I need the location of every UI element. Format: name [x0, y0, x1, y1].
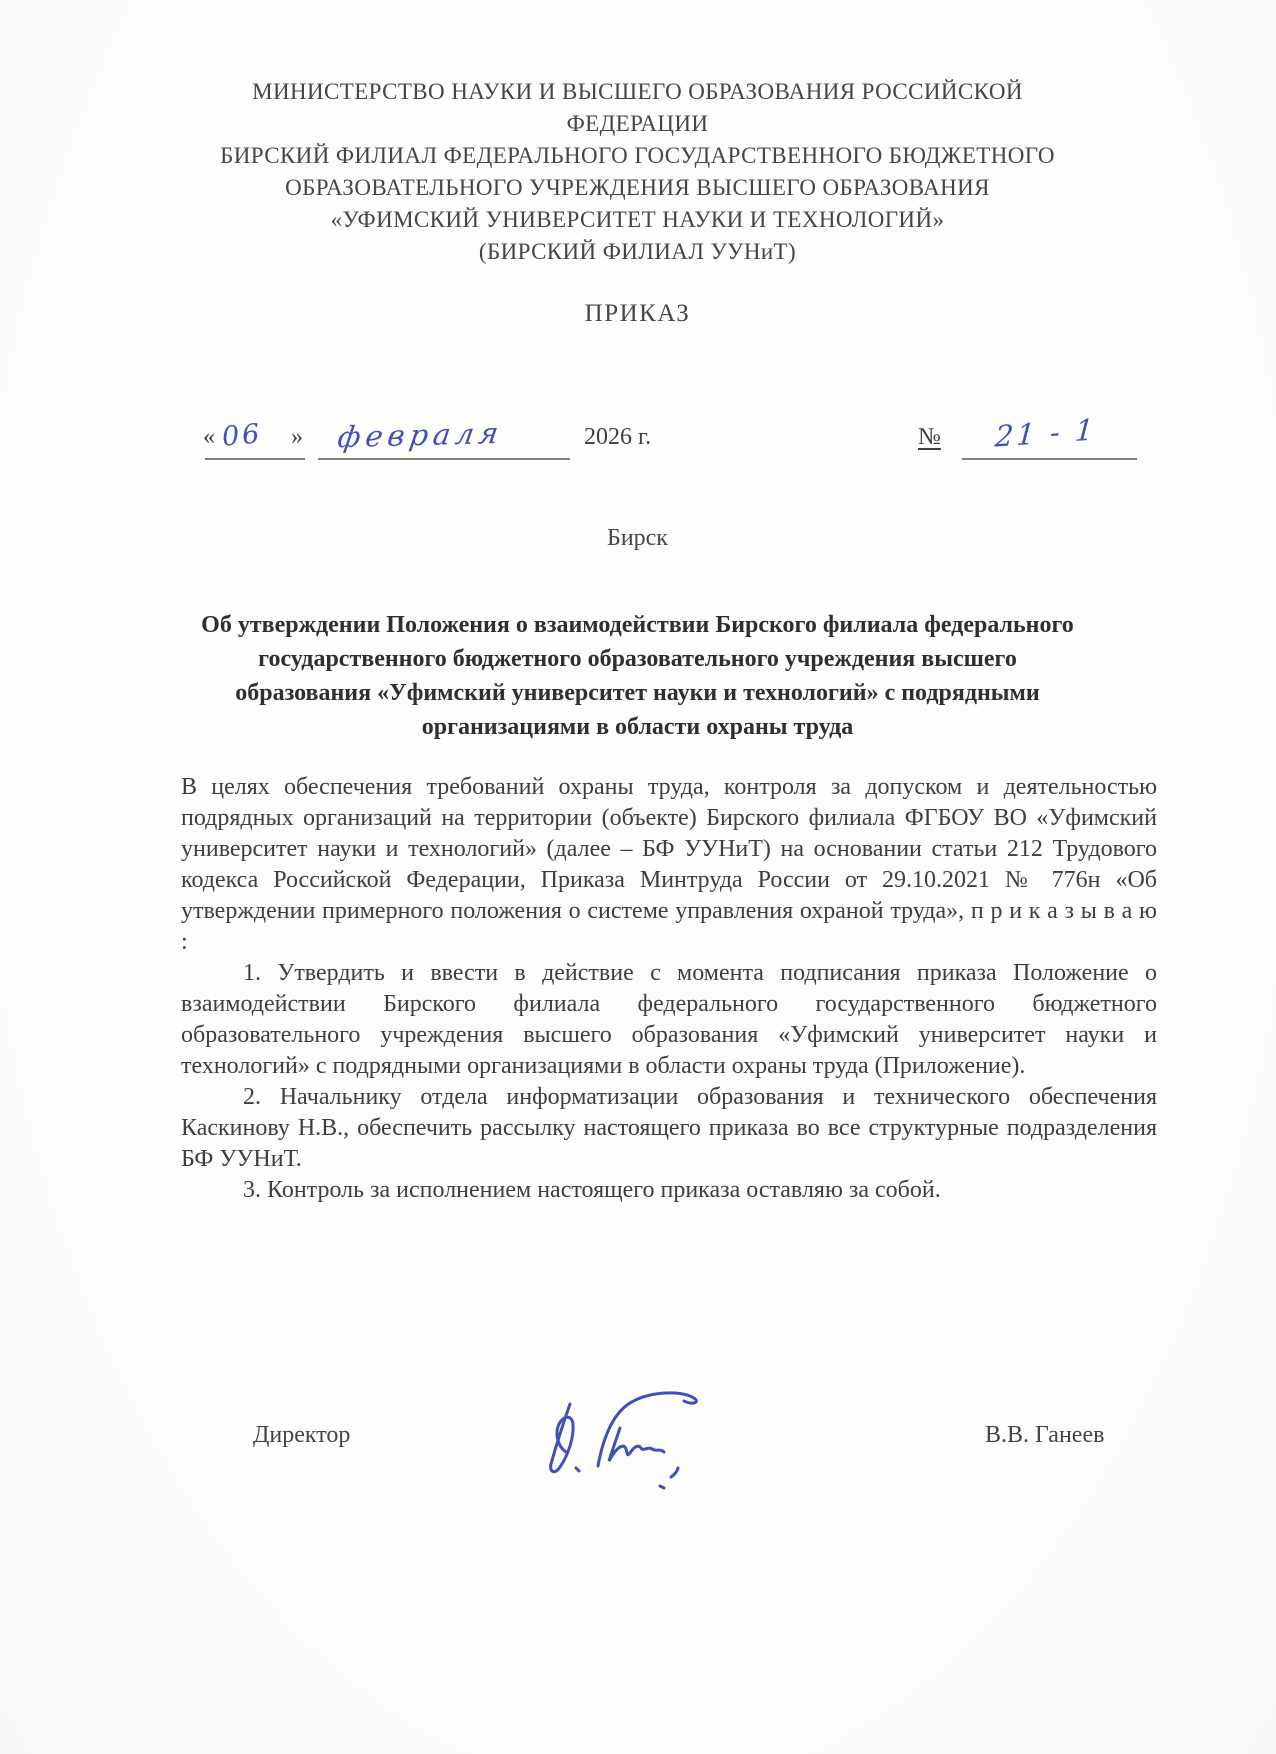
- header-line-federation: ФЕДЕРАЦИИ: [150, 108, 1125, 140]
- year-label: 2026 г.: [584, 424, 651, 451]
- subject-line: государственного бюджетного образователь…: [150, 642, 1125, 676]
- order-subject: Об утверждении Положения о взаимодействи…: [150, 608, 1125, 744]
- day-underline: [205, 458, 305, 460]
- signature-role: Директор: [253, 1422, 350, 1449]
- number-underline: [962, 458, 1137, 460]
- handwritten-month: февраля: [335, 416, 505, 454]
- header-line-branch-abbr: (БИРСКИЙ ФИЛИАЛ УУНиТ): [150, 236, 1125, 268]
- header-line-university: «УФИМСКИЙ УНИВЕРСИТЕТ НАУКИ И ТЕХНОЛОГИЙ…: [150, 204, 1125, 236]
- date-open-quote: «: [203, 424, 215, 451]
- subject-line: Об утверждении Положения о взаимодействи…: [150, 608, 1125, 642]
- order-title: ПРИКАЗ: [150, 300, 1125, 328]
- signature-name: В.В. Ганеев: [985, 1422, 1104, 1449]
- header-line-institution: ОБРАЗОВАТЕЛЬНОГО УЧРЕЖДЕНИЯ ВЫСШЕГО ОБРА…: [150, 172, 1125, 204]
- order-item-1: 1. Утвердить и ввести в действие с момен…: [181, 958, 1157, 1082]
- preamble-paragraph: В целях обеспечения требований охраны тр…: [181, 772, 1157, 958]
- month-underline: [318, 458, 570, 460]
- number-sign: №: [918, 424, 941, 451]
- date-number-row: « 06 » февраля 2026 г. № 21 - 1: [0, 420, 1276, 472]
- order-body: В целях обеспечения требований охраны тр…: [181, 772, 1157, 1206]
- city-label: Бирск: [150, 525, 1125, 552]
- handwritten-order-number: 21 - 1: [994, 412, 1098, 453]
- subject-line: организациями в области охраны труда: [150, 710, 1125, 744]
- date-close-quote: »: [291, 424, 303, 451]
- subject-line: образования «Уфимский университет науки …: [150, 676, 1125, 710]
- signature-block: Директор В.В. Ганеев: [0, 1392, 1276, 1502]
- signature-ink-image: [540, 1386, 720, 1496]
- header-line-branch: БИРСКИЙ ФИЛИАЛ ФЕДЕРАЛЬНОГО ГОСУДАРСТВЕН…: [150, 140, 1125, 172]
- order-item-3: 3. Контроль за исполнением настоящего пр…: [181, 1175, 1157, 1206]
- handwritten-day: 06: [221, 418, 264, 452]
- ministry-header: МИНИСТЕРСТВО НАУКИ И ВЫСШЕГО ОБРАЗОВАНИЯ…: [150, 76, 1125, 268]
- order-item-2: 2. Начальнику отдела информатизации обра…: [181, 1082, 1157, 1175]
- header-line-ministry: МИНИСТЕРСТВО НАУКИ И ВЫСШЕГО ОБРАЗОВАНИЯ…: [150, 76, 1125, 108]
- order-document-page: МИНИСТЕРСТВО НАУКИ И ВЫСШЕГО ОБРАЗОВАНИЯ…: [0, 0, 1276, 1754]
